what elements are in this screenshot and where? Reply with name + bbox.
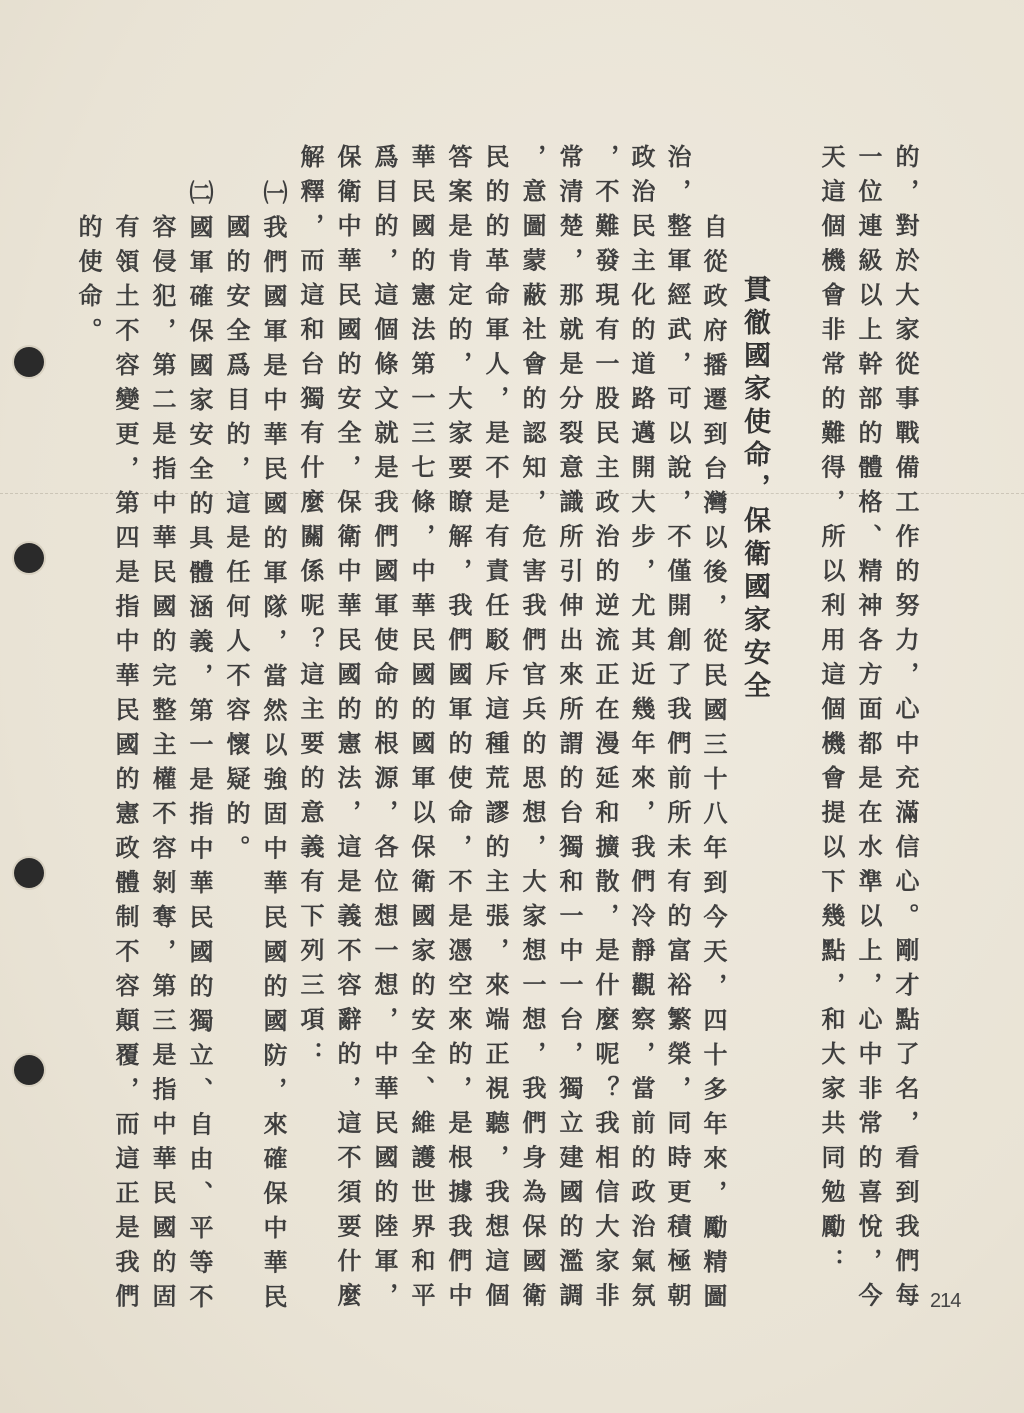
body-column: 常清楚，那就是分裂意識所引伸出來所謂的台獨和一中一台，獨立建國的濫調 — [554, 144, 584, 1317]
item-1-column: 國的安全爲目的，這是任何人不容懷疑的。 — [221, 214, 251, 870]
binder-hole — [14, 1055, 44, 1085]
item-2-column: 有領土不容變更，第四是指中華民國的憲政體制不容顛覆，而這正是我們 — [110, 214, 140, 1318]
intro-column-3: 天這個機會非常的難得，所以利用這個機會提以下幾點，和大家共同勉勵： — [816, 144, 846, 1283]
body-column: ，意圖蒙蔽社會的認知，危害我們官兵的思想，大家想一想，我們身為保國衛 — [517, 144, 547, 1317]
body-column: 答案是肯定的，大家要瞭解，我們國軍的使命，不是憑空來的，是根據我們中 — [443, 144, 473, 1317]
intro-column-2: 一位連級以上幹部的體格、精神各方面都是在水準以上，心中非常的喜悅，今 — [853, 144, 883, 1317]
body-column: 治，整軍經武，可以說，不僅開創了我們前所未有的富裕繁榮，同時更積極朝 — [662, 144, 692, 1317]
body-column: ，不難發現有一股民主政治的逆流正在漫延和擴散，是什麼呢？我相信大家非 — [590, 144, 620, 1317]
binder-hole — [14, 347, 44, 377]
item-1-column: ㈠我們國軍是中華民國的軍隊，當然以強固中華民國的國防，來確保中華民 — [258, 180, 288, 1319]
body-column: 自從政府播遷到台灣以後，從民國三十八年到今天，四十多年來，勵精圖 — [698, 214, 728, 1318]
body-column: 華民國的憲法第一三七條，中華民國的國軍以保衛國家的安全、維護世界和平 — [406, 144, 436, 1317]
binder-hole — [14, 858, 44, 888]
binder-hole — [14, 543, 44, 573]
document-page: 的，對於大家從事戰備工作的努力，心中充滿信心。剛才點了名，看到我們每 一位連級以… — [0, 0, 1024, 1413]
item-2-column: 的使命。 — [73, 214, 103, 352]
body-column: 民的的革命軍人，是不是有責任駁斥這種荒謬的主張，來端正視聽，我想這個 — [480, 144, 510, 1317]
body-column: 解釋，而這和台獨有什麼關係呢？這主要的意義有下列三項： — [295, 144, 325, 1076]
body-column: 爲目的，這個條文就是我們國軍使命的根源，各位想一想，中華民國的陸軍， — [369, 144, 399, 1317]
section-title: 貫徹國家使命，保衛國家安全 — [738, 275, 770, 704]
item-2-column: ㈡國軍確保國家安全的具體涵義，第一是指中華民國的獨立、自由、平等不 — [184, 180, 214, 1319]
item-2-column: 容侵犯，第二是指中華民國的完整主權不容剝奪，第三是指中華民國的固 — [147, 214, 177, 1318]
body-column: 保衛中華民國的安全，保衛中華民國的憲法，這是義不容辭的，這不須要什麼 — [332, 144, 362, 1317]
page-number: 214 — [930, 1290, 960, 1313]
intro-column-1: 的，對於大家從事戰備工作的努力，心中充滿信心。剛才點了名，看到我們每 — [890, 144, 920, 1317]
body-column: 政治民主化的道路邁開大步，尤其近幾年來，我們冷靜觀察，當前的政治氣氛 — [626, 144, 656, 1317]
